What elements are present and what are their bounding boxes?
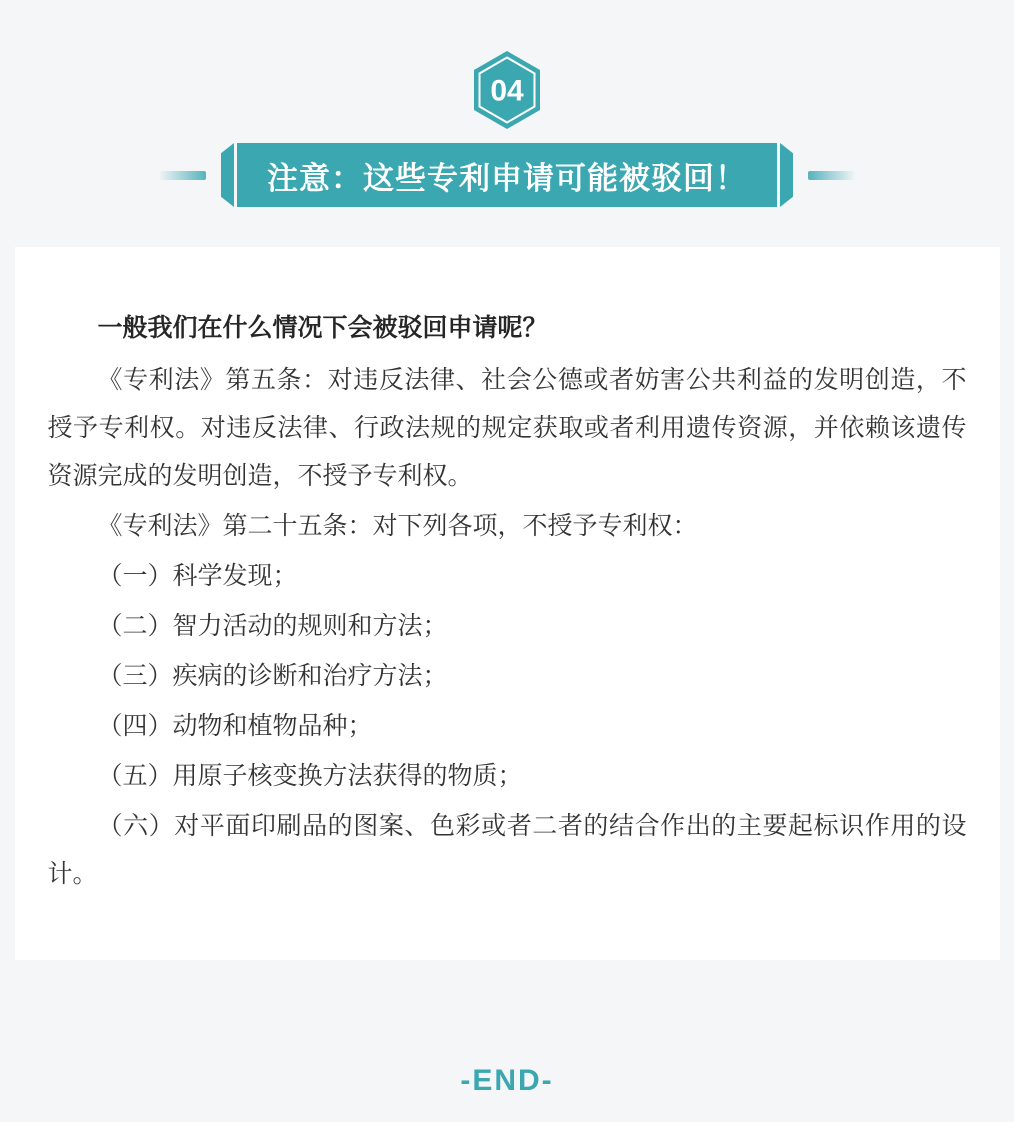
section-number-badge: 04 [0,0,1014,130]
end-marker: -END- [0,1064,1014,1098]
article-paragraph: 《专利法》第二十五条：对下列各项，不授予专利权： [48,502,967,550]
content-card: 一般我们在什么情况下会被驳回申请呢？ 《专利法》第五条：对违反法律、社会公德或者… [15,247,1000,960]
ribbon-banner: 注意：这些专利申请可能被驳回！ [0,143,1014,207]
article-heading: 一般我们在什么情况下会被驳回申请呢？ [48,304,967,352]
section-number: 04 [490,75,524,108]
right-dash-decoration [808,171,854,180]
list-item: （二）智力活动的规则和方法； [48,602,967,650]
list-item: （六）对平面印刷品的图案、色彩或者二者的结合作出的主要起标识作用的设计。 [48,802,967,898]
ribbon-left-cap [221,143,234,207]
banner-title: 注意：这些专利申请可能被驳回！ [267,153,747,198]
list-item: （一）科学发现； [48,552,967,600]
list-item: （四）动物和植物品种； [48,702,967,750]
list-item: （五）用原子核变换方法获得的物质； [48,752,967,800]
left-dash-decoration [160,171,206,180]
article-body: 一般我们在什么情况下会被驳回申请呢？ 《专利法》第五条：对违反法律、社会公德或者… [48,304,967,898]
list-item: （三）疾病的诊断和治疗方法； [48,652,967,700]
banner-ribbon-shape: 注意：这些专利申请可能被驳回！ [221,143,793,207]
ribbon-right-cap [780,143,793,207]
hexagon-icon: 04 [471,50,543,130]
article-paragraph: 《专利法》第五条：对违反法律、社会公德或者妨害公共利益的发明创造，不授予专利权。… [48,356,967,500]
banner-title-container: 注意：这些专利申请可能被驳回！ [237,143,777,207]
